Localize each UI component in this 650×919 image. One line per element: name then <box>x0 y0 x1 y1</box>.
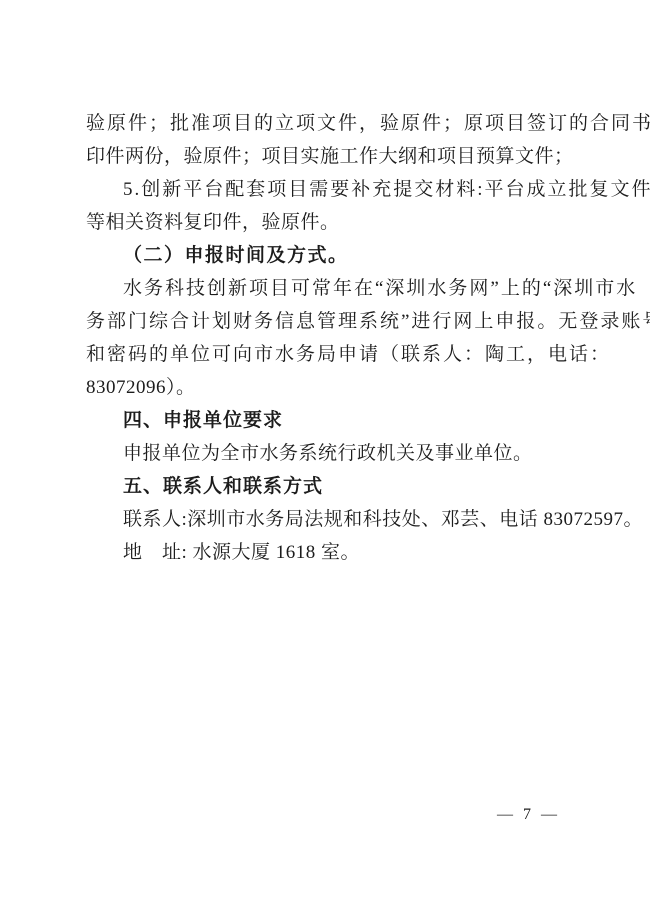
body-line: 83072096）。 <box>86 371 572 404</box>
body-line: 申报单位为全市水务系统行政机关及事业单位。 <box>86 437 572 470</box>
section-heading: 四、申报单位要求 <box>86 404 572 437</box>
body-line: 印件两份，验原件；项目实施工作大纲和项目预算文件； <box>86 140 572 173</box>
body-line: 联系人:深圳市水务局法规和科技处、邓芸、电话 83072597。 <box>86 503 572 536</box>
body-line: 水务科技创新项目可常年在“深圳水务网”上的“深圳市水 <box>86 272 572 305</box>
body-line: 和密码的单位可向市水务局申请（联系人：陶工，电话： <box>86 338 572 371</box>
body-line: 5.创新平台配套项目需要补充提交材料:平台成立批复文件 <box>86 173 572 206</box>
body-line: 等相关资料复印件，验原件。 <box>86 206 572 239</box>
page-number: — 7 — <box>497 805 560 825</box>
document-page: 验原件；批准项目的立项文件，验原件；原项目签订的合同书复 印件两份，验原件；项目… <box>0 0 650 919</box>
body-line: 验原件；批准项目的立项文件，验原件；原项目签订的合同书复 <box>86 107 572 140</box>
body-line: 务部门综合计划财务信息管理系统”进行网上申报。无登录账号 <box>86 305 572 338</box>
body-line: 地 址: 水源大厦 1618 室。 <box>86 536 572 569</box>
document-body: 验原件；批准项目的立项文件，验原件；原项目签订的合同书复 印件两份，验原件；项目… <box>86 107 572 569</box>
section-heading-sub: （二）申报时间及方式。 <box>86 239 572 272</box>
section-heading: 五、联系人和联系方式 <box>86 470 572 503</box>
